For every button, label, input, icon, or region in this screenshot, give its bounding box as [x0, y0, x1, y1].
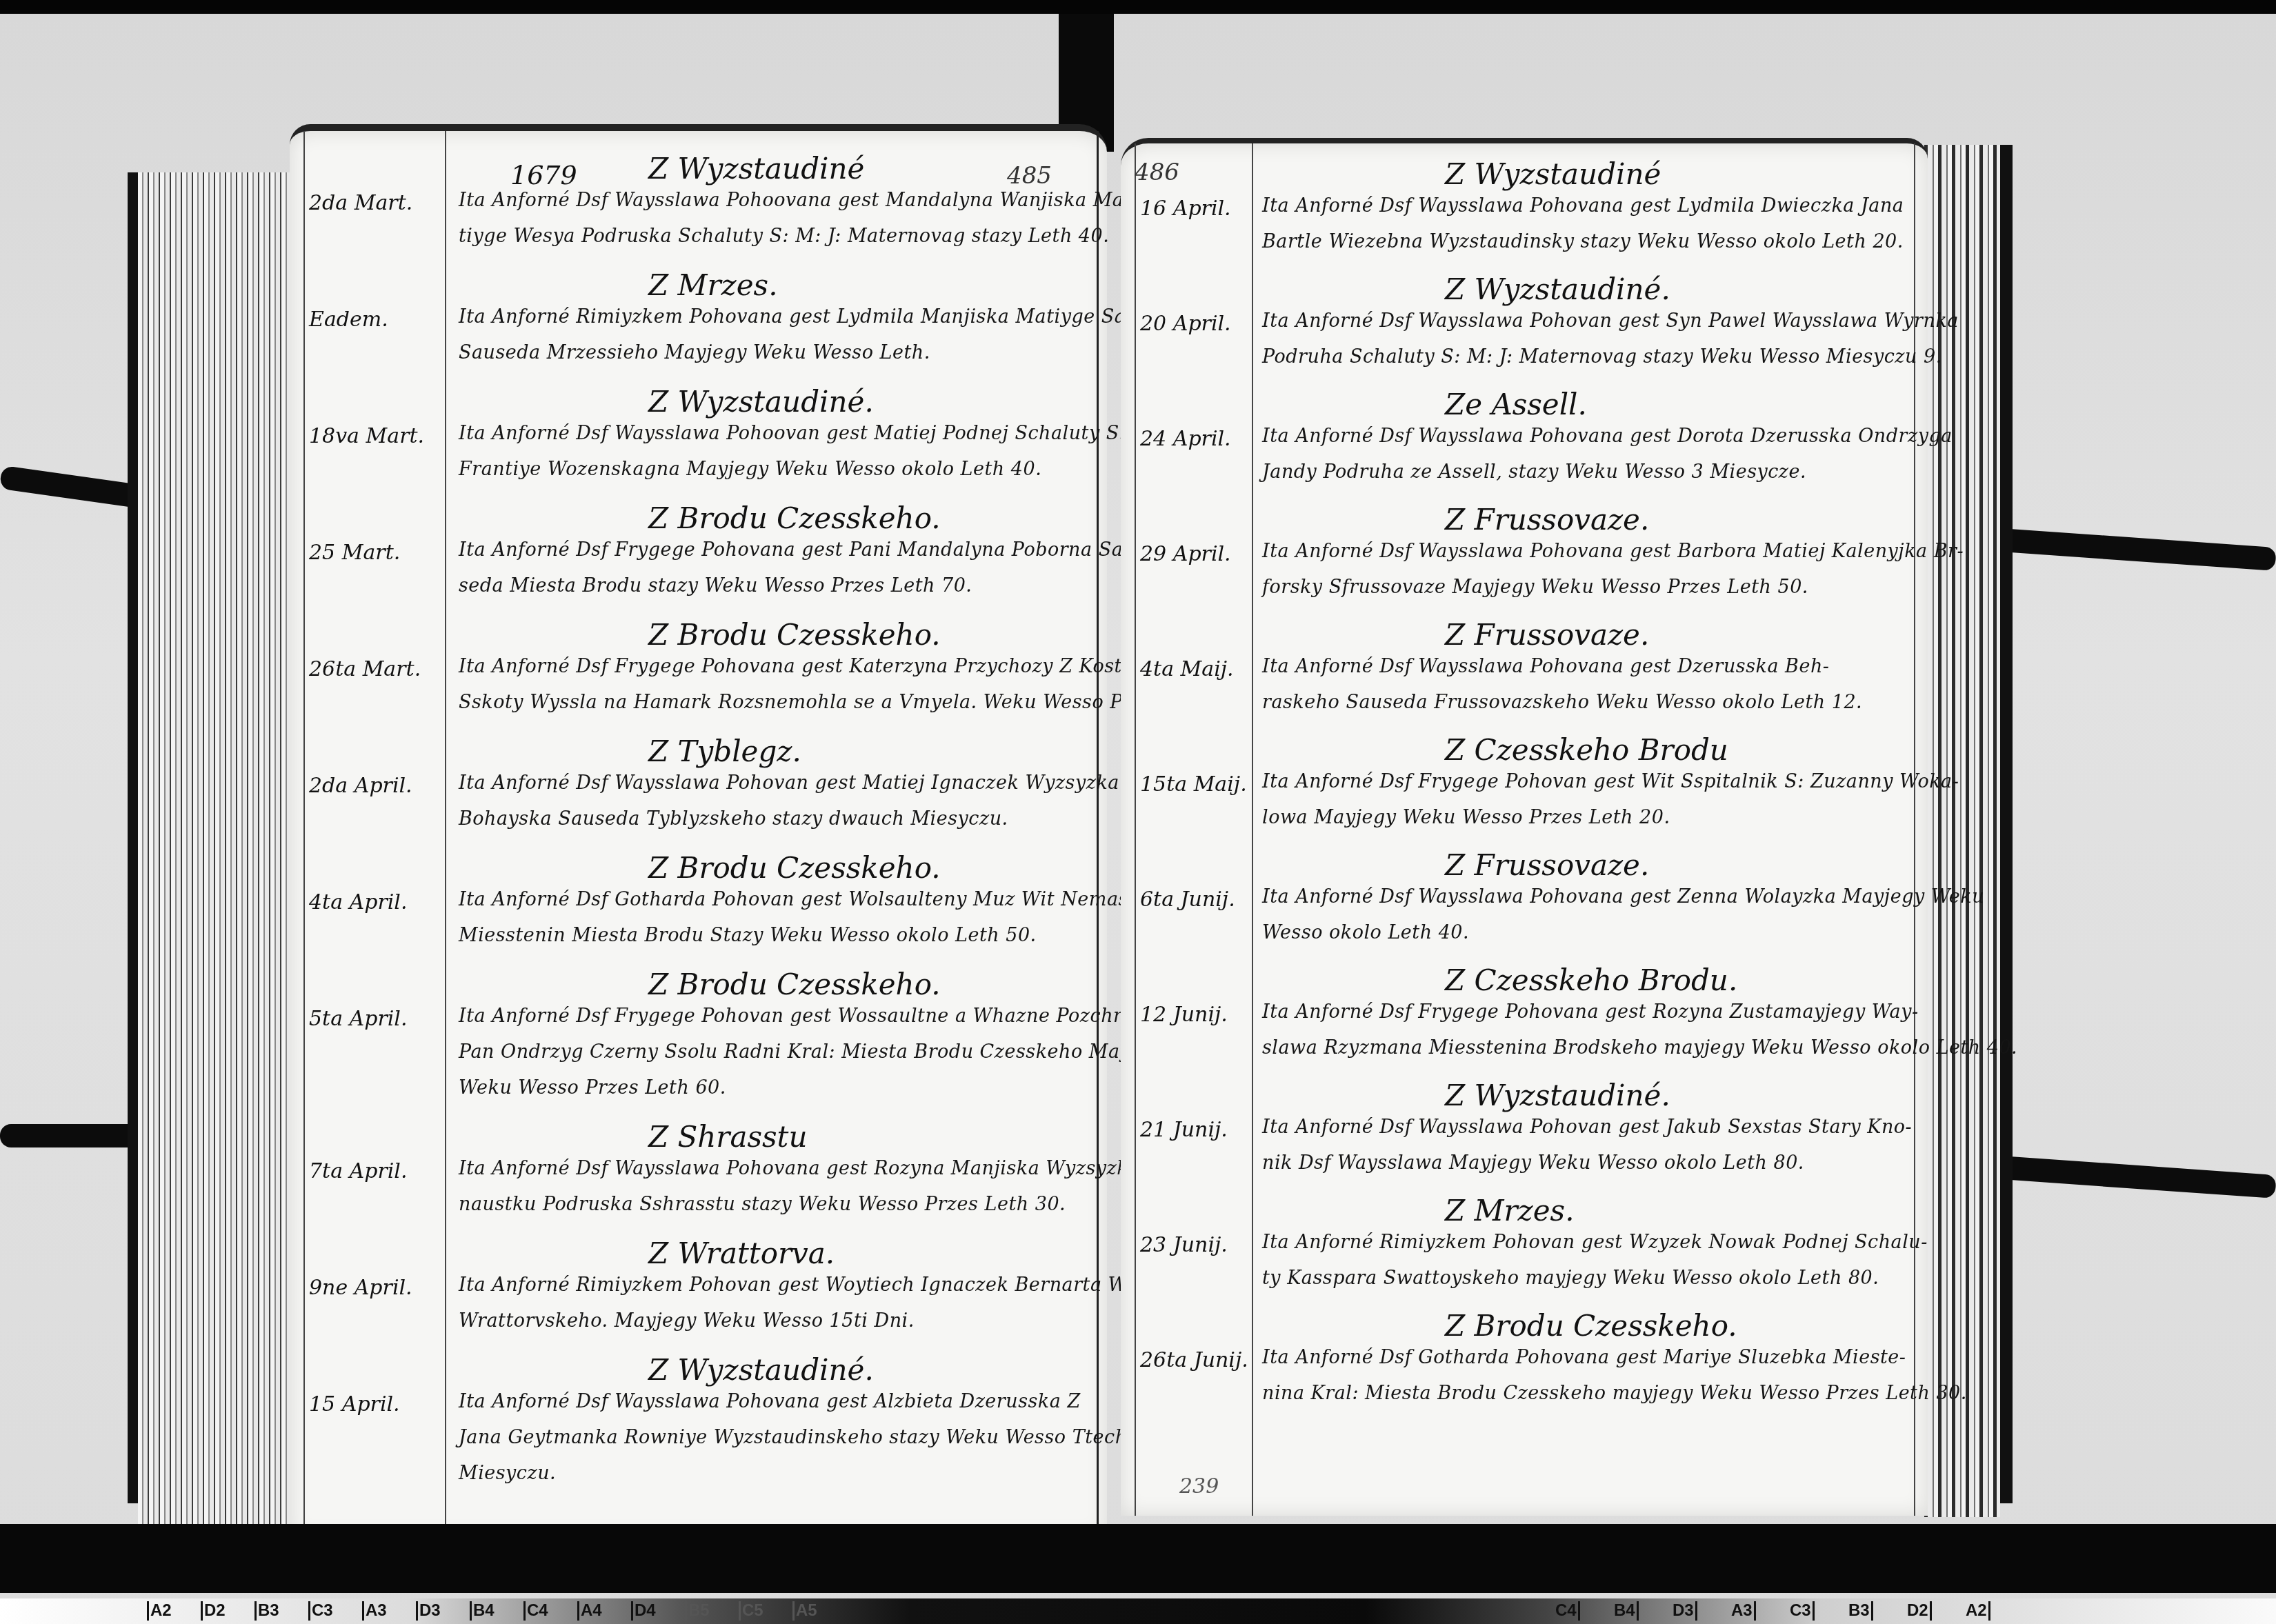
place-heading: Z Wyzstaudiné — [1445, 157, 1661, 191]
entry-text-line: Ita Anforné Dsf Waysslawa Pohovana gest … — [459, 1158, 1201, 1179]
entry-text-line: tiyge Wesya Podruska Schaluty S: M: J: M… — [459, 225, 1109, 247]
place-heading: Z Mrzes. — [1445, 1194, 1575, 1227]
place-heading: Z Wyzstaudiné. — [1445, 272, 1670, 306]
entry-text-line: Ita Anforné Dsf Waysslawa Pohovan gest M… — [459, 772, 1119, 794]
place-heading: Z Wyzstaudiné. — [648, 385, 874, 419]
place-heading: Z Brodu Czesskeho. — [648, 851, 941, 885]
place-heading: Z Frussovaze. — [1445, 618, 1649, 652]
ruler-tick: B3 — [1848, 1601, 1873, 1621]
page-number: 486 — [1135, 159, 1179, 186]
ruler-tick: A5 — [792, 1601, 817, 1621]
date-column-rule — [445, 131, 446, 1538]
entry-text-line: Ita Anforné Dsf Frygege Pohovana gest Ka… — [459, 656, 1169, 677]
entry-text-line: Wrattorvskeho. Mayjegy Weku Wesso 15ti D… — [459, 1310, 915, 1332]
entry-text-line: Ita Anforné Dsf Waysslawa Pohoovan gest … — [459, 423, 1217, 444]
ruler-tick: C3 — [1790, 1601, 1815, 1621]
entry-text-line: raskeho Sauseda Frussovazskeho Weku Wess… — [1262, 692, 1862, 713]
entry-text-line: Sauseda Mrzessieho Mayjegy Weku Wesso Le… — [459, 342, 930, 363]
place-heading: Z Czesskeho Brodu. — [1445, 963, 1737, 997]
entry-text-line: Bohayska Sauseda Tyblyzskeho stazy dwauc… — [459, 808, 1008, 830]
entry-text-line: Miesyczu. — [459, 1463, 556, 1484]
ruler-tick: C3 — [308, 1601, 333, 1621]
ruler-tick: D3 — [416, 1601, 441, 1621]
ruler-tick: C4 — [523, 1601, 548, 1621]
entry-text-line: Ita Anforné Dsf Frygege Pohovan gest Wos… — [459, 1005, 1164, 1027]
entry-text-line: Jandy Podruha ze Assell, stazy Weku Wess… — [1262, 461, 1806, 483]
entry-date: 29 April. — [1140, 542, 1231, 566]
date-column-rule — [1252, 143, 1253, 1516]
margin-rule — [1135, 143, 1136, 1516]
place-heading: Z Wyzstaudiné — [648, 152, 864, 186]
entry-text-line: Ita Anforné Dsf Waysslawa Pohovana gest … — [1262, 886, 1984, 908]
register-year: 1679 — [510, 160, 577, 190]
entry-date: 4ta April. — [309, 890, 408, 914]
ruler-tick: D2 — [1907, 1601, 1932, 1621]
entry-text-line: Wesso okolo Leth 40. — [1262, 922, 1469, 943]
entry-text-line: Miesstenin Miesta Brodu Stazy Weku Wesso… — [459, 925, 1037, 946]
entry-text-line: Jana Geytmanka Rowniye Wyzstaudinskeho s… — [459, 1427, 1146, 1448]
entry-text-line: Pan Ondrzyg Czerny Ssolu Radni Kral: Mie… — [459, 1041, 1171, 1063]
entry-date: 15 April. — [309, 1392, 400, 1416]
entry-date: 25 Mart. — [309, 541, 400, 565]
entry-text-line: ty Kasspara Swattoyskeho mayjegy Weku We… — [1262, 1267, 1879, 1289]
entry-date: 20 April. — [1140, 312, 1231, 336]
entry-date: 5ta April. — [309, 1007, 408, 1031]
entry-date: 6ta Junij. — [1140, 888, 1235, 912]
ruler-tick: A3 — [1731, 1601, 1756, 1621]
entry-text-line: Ita Anforné Dsf Frygege Pohovana gest Ro… — [1262, 1001, 1919, 1023]
place-heading: Z Wyzstaudiné. — [1445, 1079, 1670, 1112]
place-heading: Z Brodu Czesskeho. — [648, 968, 941, 1001]
ruler-tick: C4 — [1555, 1601, 1580, 1621]
entry-text-line: Ita Anforné Dsf Waysslawa Pohovana gest … — [1262, 425, 1953, 447]
page-number: 485 — [1007, 162, 1052, 190]
entry-date: 7ta April. — [309, 1159, 408, 1183]
entry-text-line: nik Dsf Waysslawa Mayjegy Weku Wesso oko… — [1262, 1152, 1804, 1174]
entry-date: 2da Mart. — [309, 191, 412, 215]
place-heading: Z Mrzes. — [648, 268, 778, 302]
entry-text-line: Ita Anforné Rimiyzkem Pohovana gest Lydm… — [459, 306, 1170, 328]
entry-date: 4ta Maij. — [1140, 657, 1234, 681]
ruler-tick: A2 — [1966, 1601, 1990, 1621]
place-heading: Ze Assell. — [1445, 388, 1587, 421]
entry-text-line: Ita Anforné Dsf Waysslawa Pohovan gest S… — [1262, 310, 1959, 332]
entry-text-line: Ita Anforné Rimiyzkem Pohovan gest Woyti… — [459, 1274, 1233, 1296]
place-heading: Z Tyblegz. — [648, 734, 801, 768]
folio-stamp: 239 — [1179, 1474, 1219, 1498]
ruler-tick: B5 — [685, 1601, 710, 1621]
margin-rule — [303, 131, 305, 1538]
ruler-tick: D2 — [201, 1601, 226, 1621]
entry-text-line: Bartle Wiezebna Wyzstaudinsky stazy Weku… — [1262, 231, 1904, 252]
place-heading: Z Brodu Czesskeho. — [1445, 1309, 1737, 1343]
entry-date: 21 Junij. — [1140, 1118, 1228, 1142]
ruler-tick: A4 — [577, 1601, 602, 1621]
entry-date: Eadem. — [309, 308, 388, 332]
place-heading: Z Czesskeho Brodu — [1445, 733, 1728, 767]
entry-text-line: slawa Rzyzmana Miesstenina Brodskeho may… — [1262, 1037, 2017, 1059]
ruler-tick: D4 — [631, 1601, 656, 1621]
entry-text-line: Podruha Schaluty S: M: J: Maternovag sta… — [1262, 346, 1942, 368]
entry-date: 24 April. — [1140, 427, 1231, 451]
ruler-tick: C5 — [739, 1601, 763, 1621]
entry-text-line: Frantiye Wozenskagna Mayjegy Weku Wesso … — [459, 459, 1041, 480]
entry-text-line: Ita Anforné Dsf Waysslawa Pohovana gest … — [1262, 195, 1904, 217]
right-page: 486 239 Z Wyzstaudiné16 April.Ita Anforn… — [1121, 138, 1928, 1516]
place-heading: Z Frussovaze. — [1445, 503, 1649, 537]
entry-text-line: forsky Sfrussovaze Mayjegy Weku Wesso Pr… — [1262, 577, 1808, 598]
entry-text-line: Ita Anforné Dsf Waysslawa Pohovan gest J… — [1262, 1116, 1912, 1138]
ruler-tick: A2 — [147, 1601, 172, 1621]
entry-text-line: Ita Anforné Dsf Frygege Pohovana gest Pa… — [459, 539, 1142, 561]
entry-date: 15ta Maij. — [1140, 772, 1247, 796]
ruler-tick: D3 — [1673, 1601, 1697, 1621]
entry-text-line: naustku Podruska Sshrasstu stazy Weku We… — [459, 1194, 1066, 1215]
left-page: 1679 485 Z Wyzstaudiné2da Mart.Ita Anfor… — [290, 124, 1107, 1538]
entry-text-line: Ita Anforné Dsf Frygege Pohovan gest Wit… — [1262, 771, 1959, 792]
ruler-tick: B4 — [1614, 1601, 1639, 1621]
place-heading: Z Wrattorva. — [648, 1236, 835, 1270]
entry-date: 2da April. — [309, 774, 412, 798]
place-heading: Z Shrasstu — [648, 1120, 808, 1154]
scan-bottom-shadow — [0, 1524, 2276, 1593]
entry-date: 18va Mart. — [309, 424, 424, 448]
entry-date: 23 Junij. — [1140, 1233, 1228, 1257]
entry-date: 9ne April. — [309, 1276, 412, 1300]
ruler-tick: B4 — [470, 1601, 495, 1621]
entry-text-line: lowa Mayjegy Weku Wesso Przes Leth 20. — [1262, 807, 1670, 828]
entry-text-line: nina Kral: Miesta Brodu Czesskeho mayjeg… — [1262, 1383, 1967, 1404]
ruler-tick: B3 — [254, 1601, 279, 1621]
entry-text-line: Ita Anforné Dsf Gotharda Pohovan gest Wo… — [459, 889, 1148, 910]
entry-text-line: Ita Anforné Dsf Waysslawa Pohovana gest … — [1262, 656, 1829, 677]
left-page-block — [138, 172, 297, 1524]
entry-date: 26ta Junij. — [1140, 1348, 1248, 1372]
entry-date: 26ta Mart. — [309, 657, 421, 681]
entry-text-line: seda Miesta Brodu stazy Weku Wesso Przes… — [459, 575, 972, 597]
entry-date: 16 April. — [1140, 197, 1231, 221]
entry-text-line: Weku Wesso Przes Leth 60. — [459, 1077, 726, 1099]
entry-date: 12 Junij. — [1140, 1003, 1228, 1027]
gutter-rule — [1097, 131, 1099, 1538]
scan-top-border — [0, 0, 2276, 14]
ruler-tick: A3 — [362, 1601, 387, 1621]
entry-text-line: Ita Anforné Rimiyzkem Pohovan gest Wzyze… — [1262, 1232, 1928, 1253]
entry-text-line: Ita Anforné Dsf Waysslawa Pohovana gest … — [459, 1391, 1081, 1412]
entry-text-line: Ita Anforné Dsf Gotharda Pohovana gest M… — [1262, 1347, 1906, 1368]
entry-text-line: Ita Anforné Dsf Waysslawa Pohoovana gest… — [459, 190, 1130, 211]
calibration-ruler: A2D2B3C3A3D3B4C4A4D4B5C5A5 C4B4D3A3C3B3D… — [0, 1598, 2276, 1624]
place-heading: Z Frussovaze. — [1445, 848, 1649, 882]
entry-text-line: Ita Anforné Dsf Waysslawa Pohovana gest … — [1262, 541, 1964, 562]
place-heading: Z Wyzstaudiné. — [648, 1353, 874, 1387]
place-heading: Z Brodu Czesskeho. — [648, 618, 941, 652]
place-heading: Z Brodu Czesskeho. — [648, 501, 941, 535]
